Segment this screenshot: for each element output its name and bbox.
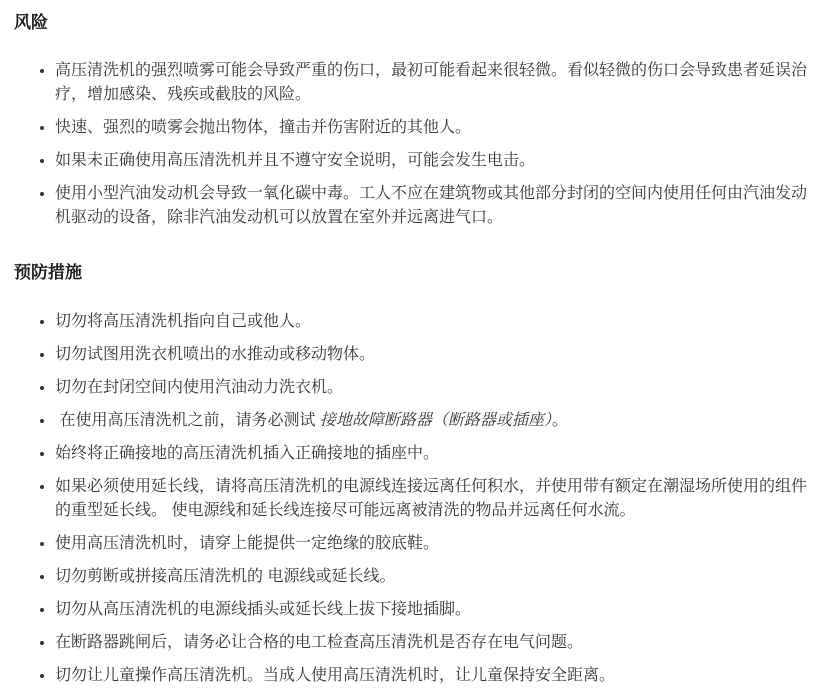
precaution-item-text: 。 [552,412,568,429]
precaution-item: 如果必须使用延长线，请将高压清洗机的电源线连接远离任何积水，并使用带有额定在潮湿… [55,475,817,523]
precaution-item: 在使用高压清洗机之前，请务必测试 接地故障断路器（断路器或插座）。 [55,409,817,433]
document-body: 风险 高压清洗机的强烈喷雾可能会导致严重的伤口，最初可能看起来很轻微。看似轻微的… [0,0,825,688]
precaution-item: 切勿剪断或拼接高压清洗机的 电源线或延长线。 [55,565,817,589]
section-precautions: 预防措施 切勿将高压清洗机指向自己或他人。 切勿试图用洗衣机喷出的水推动或移动物… [14,262,817,688]
risks-bullet-list: 高压清洗机的强烈喷雾可能会导致严重的伤口，最初可能看起来很轻微。看似轻微的伤口会… [14,59,817,230]
precaution-item: 切勿试图用洗衣机喷出的水推动或移动物体。 [55,343,817,367]
section-heading-precautions: 预防措施 [14,262,817,283]
precautions-bullet-list: 切勿将高压清洗机指向自己或他人。 切勿试图用洗衣机喷出的水推动或移动物体。 切勿… [14,310,817,688]
precaution-item-text: 在使用高压清洗机之前，请务必测试 [55,412,320,429]
risk-item: 高压清洗机的强烈喷雾可能会导致严重的伤口，最初可能看起来很轻微。看似轻微的伤口会… [55,59,817,107]
risk-item: 如果未正确使用高压清洗机并且不遵守安全说明，可能会发生电击。 [55,149,817,173]
precaution-item: 使用高压清洗机时，请穿上能提供一定绝缘的胶底鞋。 [55,532,817,556]
precaution-item: 切勿让儿童操作高压清洗机。当成人使用高压清洗机时，让儿童保持安全距离。 [55,664,817,688]
precaution-item: 切勿在封闭空间内使用汽油动力洗衣机。 [55,376,817,400]
section-heading-risks: 风险 [14,12,817,33]
precaution-item: 始终将正确接地的高压清洗机插入正确接地的插座中。 [55,442,817,466]
risk-item: 快速、强烈的喷雾会抛出物体，撞击并伤害附近的其他人。 [55,116,817,140]
precaution-item-emphasis: 接地故障断路器（断路器或插座） [320,412,552,429]
risk-item: 使用小型汽油发动机会导致一氧化碳中毒。工人不应在建筑物或其他部分封闭的空间内使用… [55,182,817,230]
precaution-item: 切勿从高压清洗机的电源线插头或延长线上拔下接地插脚。 [55,598,817,622]
precaution-item: 在断路器跳闸后，请务必让合格的电工检查高压清洗机是否存在电气问题。 [55,631,817,655]
section-risks: 风险 高压清洗机的强烈喷雾可能会导致严重的伤口，最初可能看起来很轻微。看似轻微的… [14,12,817,230]
precaution-item: 切勿将高压清洗机指向自己或他人。 [55,310,817,334]
